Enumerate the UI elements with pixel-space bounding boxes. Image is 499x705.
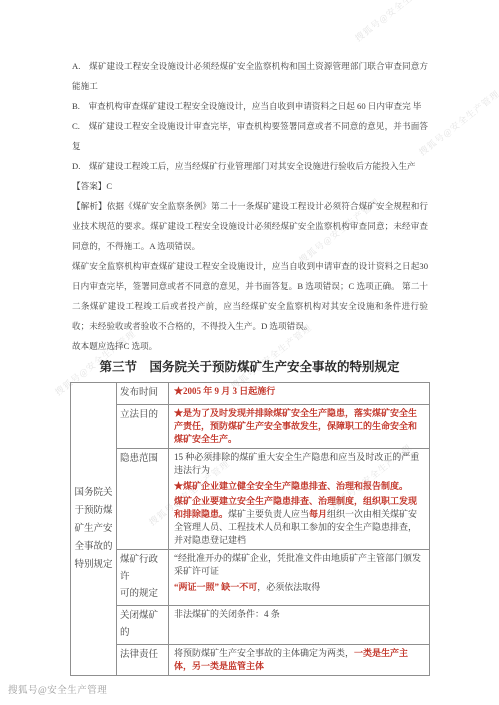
table-paragraph: 将预防煤矿生产安全事故的主体确定为两类，一类是生产主体，另一类是监管主体 (174, 647, 424, 673)
table-row-content: “经批准开办的煤矿企业，凭批准文件由地质矿产主管部门颁发采矿许可证“两证一照” … (169, 550, 429, 605)
table-row: 法律责任将预防煤矿生产安全事故的主体确定为两类，一类是生产主体，另一类是监管主体 (117, 644, 429, 675)
table-paragraph: ★是为了及时发现并排除煤矿安全生产隐患，落实煤矿安全生产责任，预防煤矿生产安全事… (174, 407, 424, 446)
table-row-content: ★2005 年 9 月 3 日起施行 (169, 383, 429, 404)
body-text: 15 种必须排除的煤矿重大安全生产隐患和应当及时改正的严重违法行为 (174, 452, 419, 475)
table-row: 隐患范围15 种必须排除的煤矿重大安全生产隐患和应当及时改正的严重违法行为★煤矿… (117, 448, 429, 549)
body-paragraph: C. 煤矿建设工程安全设施设计审查完毕，审查机构要签署同意或者不同意的意见，并书… (72, 116, 428, 156)
section-title: 第三节 国务院关于预防煤矿生产安全事故的特别规定 (0, 359, 499, 376)
body-text: B. 审查机构审查煤矿建设工程安全设施设计，应当自收到申请资料之日起 60 日内… (72, 101, 421, 111)
diagonal-watermark: 搜狐号@安全生产管理 (352, 0, 438, 44)
table-row: 发布时间★2005 年 9 月 3 日起施行 (117, 383, 429, 404)
table-row-content: 非法煤矿的关闭条件：4 条 (169, 606, 429, 644)
table-row-content: 将预防煤矿生产安全事故的主体确定为两类，一类是生产主体，另一类是监管主体 (169, 645, 429, 675)
table-row-content: ★是为了及时发现并排除煤矿安全生产隐患，落实煤矿安全生产责任，预防煤矿生产安全事… (169, 405, 429, 448)
regulation-table: 国务院关 于预防煤 矿生产安 全事故的 特别规定 发布时间★2005 年 9 月… (70, 382, 430, 676)
highlighted-text: ★2005 年 9 月 3 日起施行 (174, 386, 275, 396)
table-paragraph: 15 种必须排除的煤矿重大安全生产隐患和应当及时改正的严重违法行为 (174, 451, 424, 477)
table-row-content: 15 种必须排除的煤矿重大安全生产隐患和应当及时改正的严重违法行为★煤矿企业建立… (169, 449, 429, 549)
table-rows: 发布时间★2005 年 9 月 3 日起施行立法目的★是为了及时发现并排除煤矿安… (117, 383, 429, 675)
table-paragraph: 煤矿企业要建立安全生产隐患排查、治理制度，组织职工发现和排除隐患。煤矿主要负责人… (174, 495, 424, 547)
table-span-cell: 国务院关 于预防煤 矿生产安 全事故的 特别规定 (71, 383, 117, 675)
table-row-label: 关闭煤矿的 (117, 606, 169, 644)
body-paragraph: B. 审查机构审查煤矿建设工程安全设施设计，应当自收到申请资料之日起 60 日内… (72, 96, 428, 116)
table-row: 关闭煤矿的非法煤矿的关闭条件：4 条 (117, 605, 429, 644)
highlighted-text: ★是为了及时发现并排除煤矿安全生产隐患，落实煤矿安全生产责任，预防煤矿生产安全事… (174, 408, 417, 444)
table-row-label: 煤矿行政许 可的规定 (117, 550, 169, 605)
sohu-watermark: 搜狐号@安全生产管理 (8, 682, 107, 696)
table-row: 煤矿行政许 可的规定“经批准开办的煤矿企业，凭批准文件由地质矿产主管部门颁发采矿… (117, 549, 429, 605)
body-text: D. 煤矿建设工程竣工后，应当经煤矿行业管理部门对其安全设施进行验收后方能投入生… (72, 161, 416, 171)
diagonal-watermark: 搜狐号@安全生产管理 (416, 87, 499, 158)
body-text: C. 煤矿建设工程安全设施设计审查完毕，审查机构要签署同意或者不同意的意见，并书… (72, 121, 428, 151)
table-paragraph: 非法煤矿的关闭条件：4 条 (174, 608, 424, 621)
highlighted-text: 每月 (309, 509, 327, 519)
highlighted-text: ★煤矿企业建立健全安全生产隐患排查、治理和报告制度。 (174, 481, 408, 491)
table-paragraph: “两证一照” 缺一不可，必须依法取得 (174, 581, 424, 594)
table-row-label: 隐患范围 (117, 449, 169, 549)
body-text: 【解析】依据《煤矿安全监察条例》第二十一条煤矿建设工程设计必须符合煤矿安全规程和… (72, 201, 428, 251)
question-text-block: A. 煤矿建设工程安全设施设计必须经煤矿安全监察机构和国土资源管理部门联合审查同… (72, 56, 428, 356)
table-row-label: 立法目的 (117, 405, 169, 448)
body-paragraph: 故本题应选择C 选项。 (72, 336, 428, 356)
document-page: A. 煤矿建设工程安全设施设计必须经煤矿安全监察机构和国土资源管理部门联合审查同… (0, 0, 499, 705)
body-paragraph: D. 煤矿建设工程竣工后，应当经煤矿行业管理部门对其安全设施进行验收后方能投入生… (72, 156, 428, 176)
body-text: ，必须依法取得 (257, 582, 320, 592)
body-text: 非法煤矿的关闭条件：4 条 (174, 609, 280, 619)
table-paragraph: ★煤矿企业建立健全安全生产隐患排查、治理和报告制度。 (174, 480, 424, 493)
body-text: A. 煤矿建设工程安全设施设计必须经煤矿安全监察机构和国土资源管理部门联合审查同… (72, 61, 428, 91)
table-row-label: 发布时间 (117, 383, 169, 404)
table-paragraph: “经批准开办的煤矿企业，凭批准文件由地质矿产主管部门颁发采矿许可证 (174, 552, 424, 578)
highlighted-text: “两证一照” 缺一不可 (174, 582, 257, 592)
body-text: 【答案】C (72, 181, 112, 191)
body-text: 煤矿安全监察机构审查煤矿建设工程安全设施设计，应当自收到申请审查的设计资料之日起… (72, 261, 428, 331)
table-paragraph: ★2005 年 9 月 3 日起施行 (174, 385, 424, 398)
body-paragraph: A. 煤矿建设工程安全设施设计必须经煤矿安全监察机构和国土资源管理部门联合审查同… (72, 56, 428, 96)
body-text: 煤矿主要负责人应当 (228, 509, 309, 519)
table-row: 立法目的★是为了及时发现并排除煤矿安全生产隐患，落实煤矿安全生产责任，预防煤矿生… (117, 404, 429, 448)
table-row-label: 法律责任 (117, 645, 169, 675)
body-paragraph: 煤矿安全监察机构审查煤矿建设工程安全设施设计，应当自收到申请审查的设计资料之日起… (72, 256, 428, 336)
body-text: 故本题应选择C 选项。 (72, 341, 157, 351)
body-text: “经批准开办的煤矿企业，凭批准文件由地质矿产主管部门颁发采矿许可证 (174, 553, 421, 576)
body-paragraph: 【答案】C (72, 176, 428, 196)
body-text: 将预防煤矿生产安全事故的主体确定为两类， (174, 648, 354, 658)
body-paragraph: 【解析】依据《煤矿安全监察条例》第二十一条煤矿建设工程设计必须符合煤矿安全规程和… (72, 196, 428, 256)
